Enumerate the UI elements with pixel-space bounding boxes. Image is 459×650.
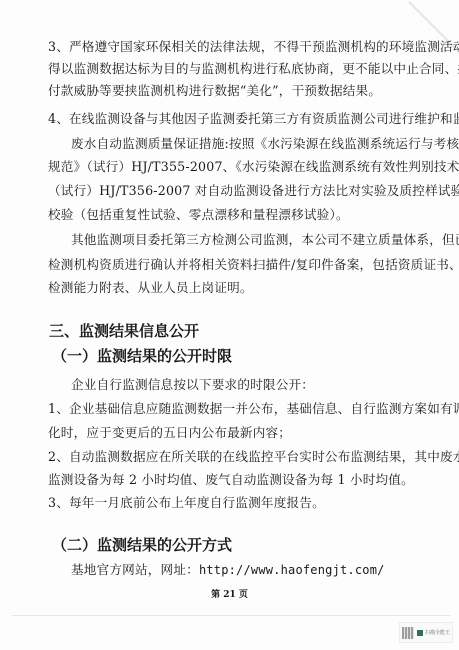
page-bottom-divider — [12, 615, 451, 616]
paragraph-3-line-2: 得以监测数据达标为目的与监测机构进行私底协商，更不能以中止合同、拒绝 — [48, 58, 459, 77]
timing-item-3: 3、每年一月底前公布上年度自行监测年度报告。 — [48, 492, 325, 511]
timing-item-1-line-2: 化时，应于变更后的五日内公布最新内容； — [48, 422, 291, 441]
watermark-label: 扫描全能王 — [425, 630, 450, 636]
wastewater-qa-line-4: 校验（包括重复性试验、零点漂移和量程漂移试验）。 — [48, 204, 349, 223]
page-number: 第 21 页 — [0, 587, 459, 600]
other-monitoring-line-3: 检测能力附表、从业人员上岗证明。 — [48, 277, 253, 296]
scanner-logo-icon — [417, 630, 423, 636]
wastewater-qa-line-3: （试行）HJ/T356-2007 对自动监测设备进行方法比对实验及质控样试验、现… — [48, 180, 459, 199]
wastewater-qa-line-2: 规范》（试行）HJ/T355-2007、《水污染源在线监测系统有效性判别技术规范… — [48, 156, 459, 175]
paragraph-4: 4、在线监测设备与其他因子监测委托第三方有资质监测公司进行维护和监测。 — [48, 108, 459, 127]
subsection-2-heading: （二）监测结果的公开方式 — [52, 534, 232, 555]
website-label: 基地官方网站，网址： — [71, 562, 199, 577]
scanner-watermark-badge: 扫描全能王 — [399, 622, 453, 643]
website-line: 基地官方网站，网址：http://www.haofengjt.com/ — [71, 559, 385, 578]
timing-item-2-line-1: 2、自动监测数据应在所关联的在线监控平台实时公布监测结果，其中废水自动 — [48, 446, 459, 465]
other-monitoring-line-1: 其他监测项目委托第三方检测公司监测，本公司不建立质量体系，但已对 — [71, 229, 459, 248]
paragraph-3-line-1: 3、严格遵守国家环保相关的法律法规，不得干预监测机构的环境监测活动，不 — [48, 36, 459, 55]
wastewater-qa-line-1: 废水自动监测质量保证措施:按照《水污染源在线监测系统运行与考核技术 — [71, 133, 459, 152]
timing-item-1-line-1: 1、企业基础信息应随监测数据一并公布，基础信息、自行监测方案如有调整变 — [48, 398, 459, 417]
timing-item-2-line-2: 监测设备为每 2 小时均值、废气自动监测设备为每 1 小时均值。 — [48, 469, 414, 488]
section-3-heading: 三、监测结果信息公开 — [49, 320, 199, 341]
qr-code-icon — [402, 627, 414, 639]
timing-intro: 企业自行监测信息按以下要求的时限公开： — [71, 374, 314, 393]
subsection-1-heading: （一）监测结果的公开时限 — [52, 345, 232, 366]
paragraph-3-line-3: 付款威胁等要挟监测机构进行数据“美化”，干预数据结果。 — [48, 80, 381, 99]
other-monitoring-line-2: 检测机构资质进行确认并将相关资料扫描件/复印件备案，包括资质证书、资质 — [48, 254, 459, 273]
website-url-link[interactable]: http://www.haofengjt.com/ — [199, 563, 385, 577]
document-page: 3、严格遵守国家环保相关的法律法规，不得干预监测机构的环境监测活动，不 得以监测… — [0, 0, 459, 650]
